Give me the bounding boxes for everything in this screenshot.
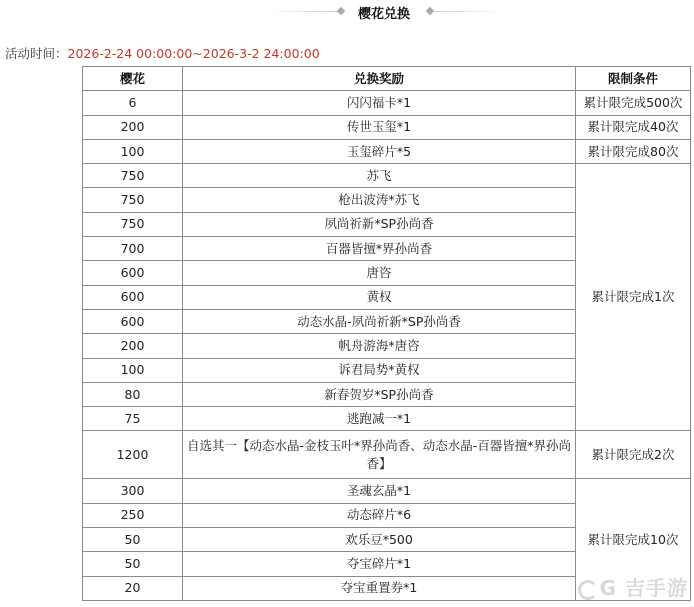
- table-row: 1200 自选其一【动态水晶-金枝玉叶*界孙尚香、动态水晶-百器皆擅*界孙尚香】…: [83, 431, 691, 479]
- activity-time-label: 活动时间：: [5, 46, 68, 61]
- cost-cell: 100: [83, 358, 183, 382]
- table-header-row: 樱花 兑换奖励 限制条件: [83, 67, 691, 91]
- activity-time-value: 2026-2-24 00:00:00~2026-3-2 24:00:00: [68, 46, 320, 61]
- cost-cell: 300: [83, 479, 183, 503]
- logo-g-icon: [578, 580, 598, 600]
- cost-cell: 200: [83, 115, 183, 139]
- reward-cell: 传世玉玺*1: [183, 115, 576, 139]
- cost-cell: 100: [83, 139, 183, 163]
- cost-cell: 600: [83, 285, 183, 309]
- watermark-logo: G 吉手游: [578, 572, 688, 601]
- reward-cell: 欢乐豆*500: [183, 528, 576, 552]
- cost-cell: 1200: [83, 431, 183, 479]
- cost-cell: 750: [83, 212, 183, 236]
- cost-cell: 80: [83, 382, 183, 406]
- cost-cell: 75: [83, 407, 183, 431]
- header-limit: 限制条件: [576, 67, 691, 91]
- diamond-icon: [337, 7, 345, 15]
- limit-cell: 累计限完成500次: [576, 91, 691, 115]
- section-title-bar: 樱花兑换: [0, 0, 694, 24]
- reward-cell: 黄权: [183, 285, 576, 309]
- header-cost: 樱花: [83, 67, 183, 91]
- reward-cell: 夺宝碎片*1: [183, 552, 576, 576]
- activity-time: 活动时间：2026-2-24 00:00:00~2026-3-2 24:00:0…: [5, 44, 320, 62]
- reward-cell: 动态碎片*6: [183, 503, 576, 527]
- table-row: 300 圣魂玄晶*1 累计限完成10次: [83, 479, 691, 503]
- reward-cell: 新春贺岁*SP孙尚香: [183, 382, 576, 406]
- limit-cell: 累计限完成2次: [576, 431, 691, 479]
- cost-cell: 50: [83, 528, 183, 552]
- table-row: 6 闪闪福卡*1 累计限完成500次: [83, 91, 691, 115]
- reward-cell: 夺宝重置券*1: [183, 576, 576, 600]
- header-reward: 兑换奖励: [183, 67, 576, 91]
- reward-cell: 苏飞: [183, 164, 576, 188]
- table-row: 750 苏飞 累计限完成1次: [83, 164, 691, 188]
- reward-cell: 闪闪福卡*1: [183, 91, 576, 115]
- table-row: 200 传世玉玺*1 累计限完成40次: [83, 115, 691, 139]
- reward-cell: 自选其一【动态水晶-金枝玉叶*界孙尚香、动态水晶-百器皆擅*界孙尚香】: [183, 431, 576, 479]
- limit-cell: 累计限完成40次: [576, 115, 691, 139]
- table-row: 100 玉玺碎片*5 累计限完成80次: [83, 139, 691, 163]
- reward-cell: 唐咨: [183, 261, 576, 285]
- section-title: 樱花兑换: [358, 3, 410, 22]
- reward-cell: 枪出波涛*苏飞: [183, 188, 576, 212]
- watermark-text: G 吉手游: [600, 576, 688, 600]
- reward-cell: 诉君局势*黄权: [183, 358, 576, 382]
- cost-cell: 50: [83, 552, 183, 576]
- cost-cell: 200: [83, 334, 183, 358]
- cost-cell: 20: [83, 576, 183, 600]
- title-divider-right: [432, 11, 502, 12]
- cost-cell: 750: [83, 188, 183, 212]
- reward-cell: 百器皆擅*界孙尚香: [183, 237, 576, 261]
- cost-cell: 700: [83, 237, 183, 261]
- cost-cell: 6: [83, 91, 183, 115]
- cost-cell: 250: [83, 503, 183, 527]
- reward-cell: 夙尚祈新*SP孙尚香: [183, 212, 576, 236]
- reward-cell: 玉玺碎片*5: [183, 139, 576, 163]
- cost-cell: 750: [83, 164, 183, 188]
- limit-cell: 累计限完成1次: [576, 164, 691, 431]
- reward-cell: 圣魂玄晶*1: [183, 479, 576, 503]
- limit-cell: 累计限完成80次: [576, 139, 691, 163]
- reward-cell: 逃跑减一*1: [183, 407, 576, 431]
- exchange-table: 樱花 兑换奖励 限制条件 6 闪闪福卡*1 累计限完成500次 200 传世玉玺…: [82, 66, 691, 601]
- reward-cell: 帆舟游海*唐咨: [183, 334, 576, 358]
- title-divider-left: [270, 11, 340, 12]
- cost-cell: 600: [83, 309, 183, 333]
- cost-cell: 600: [83, 261, 183, 285]
- reward-cell: 动态水晶-夙尚祈新*SP孙尚香: [183, 309, 576, 333]
